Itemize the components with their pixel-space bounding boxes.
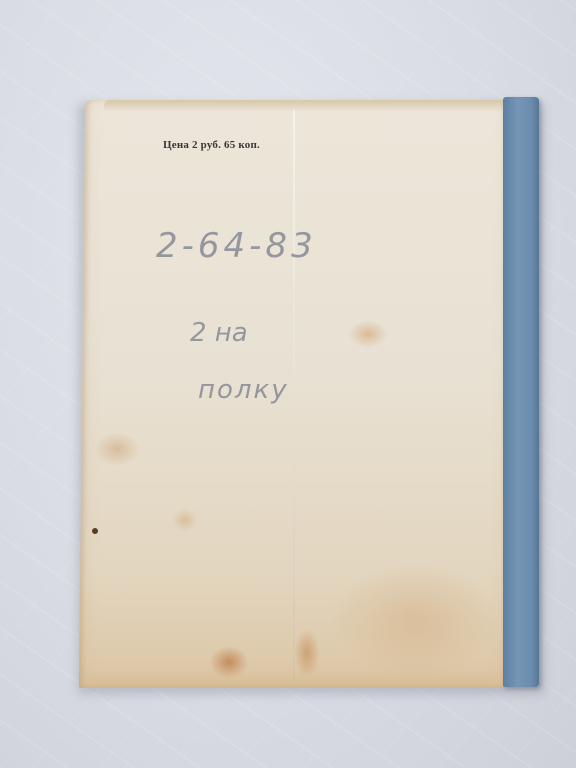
price-label: Цена 2 руб. 65 коп. <box>163 139 260 151</box>
stain <box>92 528 98 534</box>
cover-worn-edge <box>104 100 504 112</box>
stain <box>94 432 140 466</box>
stain <box>348 320 388 348</box>
book-spine <box>503 97 539 687</box>
cover-crease <box>293 110 295 680</box>
stain <box>210 646 248 678</box>
handwritten-note-line1: 2 на <box>190 318 248 348</box>
handwritten-date: 2-64-83 <box>156 226 317 266</box>
stain <box>172 508 198 532</box>
stain <box>294 628 320 678</box>
handwritten-note-line2: полку <box>198 375 289 405</box>
stain <box>330 560 500 680</box>
